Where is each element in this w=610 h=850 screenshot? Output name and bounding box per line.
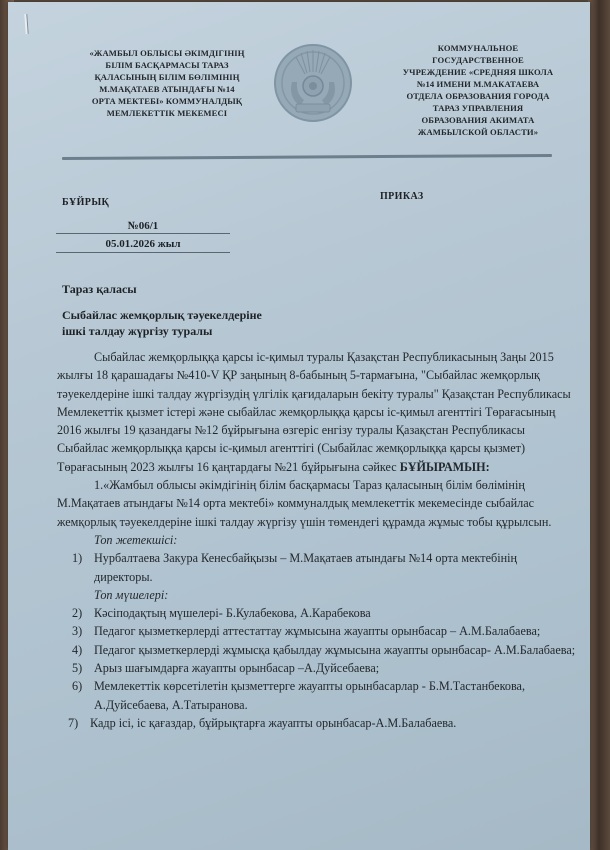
list-item: 1) Нурбалтаева Закура Кенесбайқызы – М.М…	[57, 549, 577, 586]
city-name: Тараз қаласы	[62, 282, 137, 297]
header-right-line: ОТДЕЛА ОБРАЗОВАНИЯ ГОРОДА	[383, 90, 573, 102]
list-item: 5) Арыз шағымдарға жауапты орынбасар –А.…	[57, 659, 577, 677]
group-leader-label: Топ жетекшісі:	[57, 531, 577, 549]
header-right-line: КОММУНАЛЬНОЕ	[383, 42, 573, 54]
header-right-line: УЧРЕЖДЕНИЕ «СРЕДНЯЯ ШКОЛА	[383, 66, 573, 78]
decree-word: БҰЙЫРАМЫН:	[400, 460, 490, 474]
list-number: 1)	[72, 549, 82, 567]
order-number: №06/1	[56, 220, 230, 234]
subject-line: ішкі талдау жүргізу туралы	[62, 323, 262, 339]
list-text: Мемлекеттік көрсетілетін қызметтерге жау…	[94, 679, 525, 711]
header-russian-org: КОММУНАЛЬНОЕ ГОСУДАРСТВЕННОЕ УЧРЕЖДЕНИЕ …	[383, 42, 573, 138]
list-item: 2) Кәсіподақтың мүшелері- Б.Кулабекова, …	[57, 604, 577, 622]
list-text: Арыз шағымдарға жауапты орынбасар –А.Дуй…	[94, 661, 379, 675]
header-left-line: БІЛІМ БАСҚАРМАСЫ ТАРАЗ	[47, 59, 287, 71]
list-text: Педагог қызметкерлерді аттестаттау жұмыс…	[94, 624, 540, 638]
header-right-line: ГОСУДАРСТВЕННОЕ	[383, 54, 573, 66]
list-number: 7)	[68, 714, 78, 732]
list-number: 6)	[72, 677, 82, 695]
list-text: Педагог қызметкерлерді жұмысқа қабылдау …	[94, 643, 575, 657]
header-kazakh-org: «ЖАМБЫЛ ОБЛЫСЫ ӘКІМДІГІНІҢ БІЛІМ БАСҚАРМ…	[47, 47, 287, 119]
list-text: Кәсіподақтың мүшелері- Б.Кулабекова, А.К…	[94, 606, 371, 620]
preamble-text: Сыбайлас жемқорлыққа қарсы іс-қимыл тура…	[57, 350, 571, 474]
state-emblem-icon	[272, 42, 354, 124]
header-left-line: МЕМЛЕКЕТТІК МЕКЕМЕСІ	[47, 107, 287, 119]
list-number: 4)	[72, 641, 82, 659]
list-number: 2)	[72, 604, 82, 622]
header-right-line: ТАРАЗ УПРАВЛЕНИЯ	[383, 102, 573, 114]
point-1: 1.«Жамбыл облысы әкімдігінің білім басқа…	[57, 476, 577, 531]
subject-line: Сыбайлас жемқорлық тәуекелдеріне	[62, 307, 262, 323]
header-left-line: ОРТА МЕКТЕБІ» КОММУНАЛДЫҚ	[47, 95, 287, 107]
list-item: 4) Педагог қызметкерлерді жұмысқа қабылд…	[57, 641, 577, 659]
order-label-ru: ПРИКАЗ	[380, 191, 424, 202]
preamble-paragraph: Сыбайлас жемқорлыққа қарсы іс-қимыл тура…	[57, 348, 577, 476]
order-date: 05.01.2026 жыл	[56, 238, 230, 253]
desk-background-right	[588, 0, 610, 850]
order-subject: Сыбайлас жемқорлық тәуекелдеріне ішкі та…	[62, 307, 262, 339]
group-members-label: Топ мүшелері:	[57, 586, 577, 604]
header-right-line: ЖАМБЫЛСКОЙ ОБЛАСТИ»	[383, 126, 573, 138]
list-text: Нурбалтаева Закура Кенесбайқызы – М.Мақа…	[94, 551, 517, 583]
list-item: 3) Педагог қызметкерлерді аттестаттау жұ…	[57, 622, 577, 640]
list-item: 7) Кадр ісі, іс қағаздар, бұйрықтарға жа…	[57, 714, 577, 732]
header-left-line: ҚАЛАСЫНЫҢ БІЛІМ БӨЛІМІНІҢ	[47, 71, 287, 83]
header-left-line: М.МАҚАТАЕВ АТЫНДАҒЫ №14	[47, 83, 287, 95]
header-right-line: ОБРАЗОВАНИЯ АКИМАТА	[383, 114, 573, 126]
order-body: Сыбайлас жемқорлыққа қарсы іс-қимыл тура…	[57, 348, 577, 732]
staple-icon	[24, 14, 28, 34]
order-label-kz: БҰЙРЫҚ	[62, 197, 109, 208]
list-text: Кадр ісі, іс қағаздар, бұйрықтарға жауап…	[90, 716, 456, 730]
list-item: 6) Мемлекеттік көрсетілетін қызметтерге …	[57, 677, 577, 714]
list-number: 3)	[72, 622, 82, 640]
header-right-line: №14 ИМЕНИ М.МАКАТАЕВА	[383, 78, 573, 90]
list-number: 5)	[72, 659, 82, 677]
header-left-line: «ЖАМБЫЛ ОБЛЫСЫ ӘКІМДІГІНІҢ	[47, 47, 287, 59]
